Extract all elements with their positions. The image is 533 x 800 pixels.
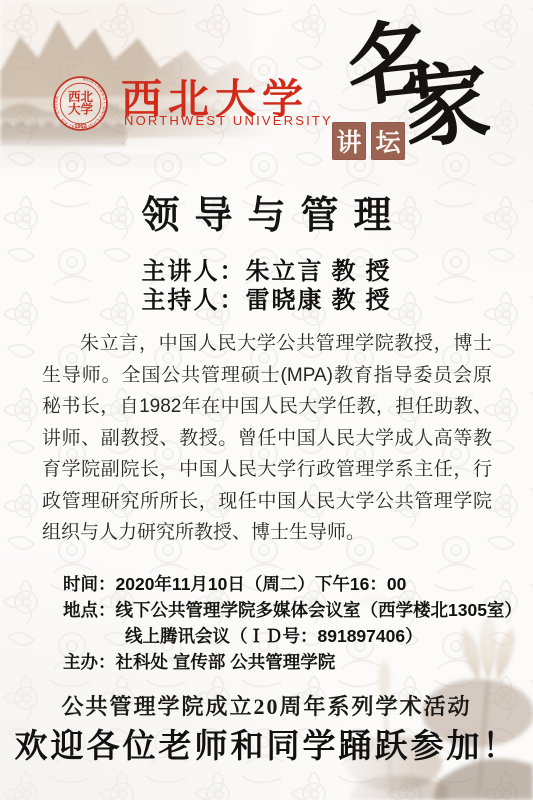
venue-label: 地点： bbox=[63, 600, 116, 620]
university-seal-icon: NORTHWEST UNIVERSITY · XI'AN · CHINA 190… bbox=[52, 75, 109, 132]
university-name-en: NORTHWEST UNIVERSITY bbox=[124, 113, 333, 128]
venue-online: 线上腾讯会议（ＩＤ号：891897406） bbox=[125, 626, 423, 646]
welcome-line: 欢迎各位老师和同学踊跃参加！ bbox=[0, 720, 533, 767]
organizer-label: 主办： bbox=[63, 652, 116, 672]
seal-name-row2: 大学 bbox=[68, 102, 94, 117]
lecture-poster: NORTHWEST UNIVERSITY · XI'AN · CHINA 190… bbox=[0, 0, 533, 800]
time-value: 2020年11月10日（周二）下午16：00 bbox=[116, 574, 407, 594]
detail-time: 时间：2020年11月10日（周二）下午16：00 bbox=[63, 571, 503, 597]
detail-organizer: 主办：社科处 宣传部 公共管理学院 bbox=[63, 649, 503, 675]
lecture-title: 领导与管理 bbox=[0, 184, 533, 239]
speaker-bio: 朱立言，中国人民大学公共管理学院教授，博士生导师。全国公共管理硕士(MPA)教育… bbox=[42, 328, 492, 549]
host-line: 主持人：雷晓康 教 授 bbox=[0, 280, 533, 315]
seal-year: 1902 bbox=[75, 124, 87, 130]
detail-venue: 地点：线下公共管理学院多媒体会议室（西学楼北1305室） bbox=[63, 597, 503, 623]
detail-venue-online: 线上腾讯会议（ＩＤ号：891897406） bbox=[63, 623, 503, 649]
forum-box-jiang: 讲 bbox=[332, 122, 366, 160]
time-label: 时间： bbox=[63, 574, 116, 594]
event-details: 时间：2020年11月10日（周二）下午16：00 地点：线下公共管理学院多媒体… bbox=[63, 571, 503, 675]
forum-box-tan: 坛 bbox=[371, 122, 405, 160]
poster-content: NORTHWEST UNIVERSITY · XI'AN · CHINA 190… bbox=[0, 0, 533, 800]
venue-offline: 线下公共管理学院多媒体会议室（西学楼北1305室） bbox=[116, 600, 522, 620]
forum-calligraphy-jia: 家 bbox=[398, 60, 495, 157]
anniversary-series-line: 公共管理学院成立20周年系列学术活动 bbox=[0, 690, 533, 721]
organizer-value: 社科处 宣传部 公共管理学院 bbox=[116, 652, 336, 672]
